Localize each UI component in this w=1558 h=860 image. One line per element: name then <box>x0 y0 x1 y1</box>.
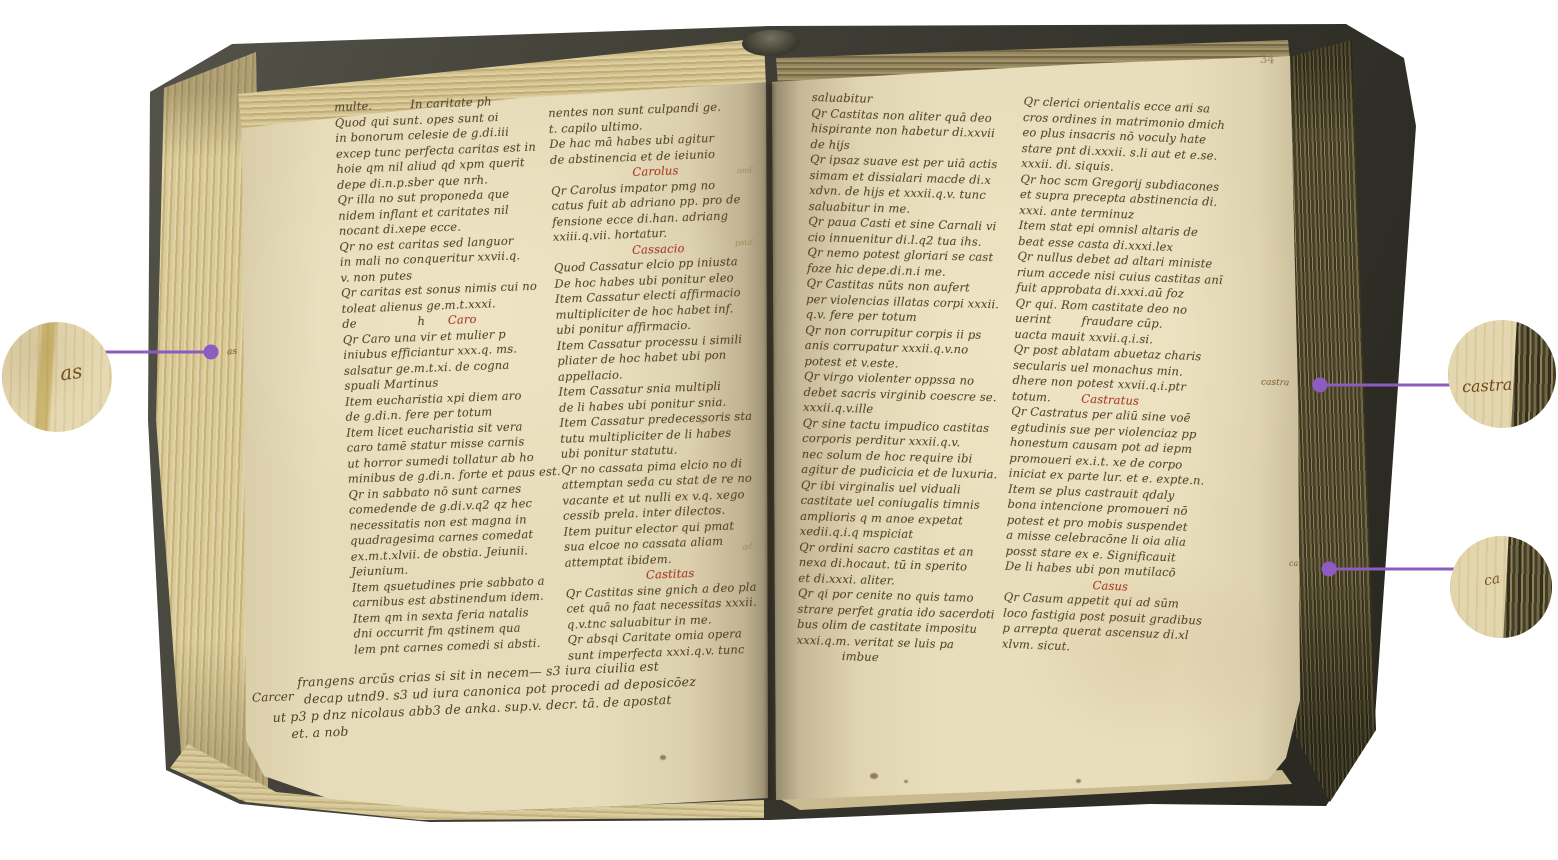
magnified-detail-top-right[interactable]: castra <box>1448 320 1556 428</box>
fox-spot <box>660 755 666 760</box>
gutter-note: oml' <box>737 166 754 176</box>
fore-edge-stripes <box>1511 320 1556 428</box>
fox-spot <box>904 780 908 783</box>
manuscript-figure: multe. In caritate phQuod qui sunt. opes… <box>0 0 1558 860</box>
magnified-detail-bottom-right[interactable]: ca <box>1450 536 1552 638</box>
fore-edge-stripes <box>1503 536 1552 638</box>
fox-spot <box>1186 104 1190 107</box>
magnified-edge-mark: castra <box>1462 375 1513 397</box>
magnified-edge-mark: ca <box>1483 571 1502 590</box>
folio-number: 34 <box>1260 52 1275 67</box>
fore-edge-mark-bottom-right: ca <box>1289 559 1298 568</box>
margin-keyword-carcer: Carcer <box>252 689 294 704</box>
magnified-edge-mark: as <box>58 359 83 386</box>
fore-edge-mark-top-right: castra <box>1261 378 1290 389</box>
fox-spot <box>700 420 704 424</box>
parchment-texture <box>2 322 112 432</box>
text-column-right-page-1: saluabiturQr Castitas non aliter quā deo… <box>796 90 1020 669</box>
text-column-right-page-2: Qr clerici orientalis ecce ani sacros or… <box>1002 94 1236 660</box>
fox-spot <box>870 773 878 779</box>
fox-spot <box>1076 779 1081 783</box>
magnified-detail-left[interactable]: as <box>2 322 112 432</box>
magnifier-dot-bottom-right[interactable] <box>1322 562 1337 577</box>
fore-edge-mark-left: as <box>227 347 238 358</box>
magnifier-dot-top-right[interactable] <box>1313 378 1328 393</box>
gutter-note: psta' <box>735 237 755 247</box>
text-column-left-page-2: nentes non sunt culpandi ge.t. capilo ul… <box>548 98 778 663</box>
gutter-note: qd' <box>742 542 755 551</box>
text-column-left-page-1: multe. In caritate phQuod qui sunt. opes… <box>334 92 566 657</box>
magnifier-dot-left[interactable] <box>204 345 219 360</box>
